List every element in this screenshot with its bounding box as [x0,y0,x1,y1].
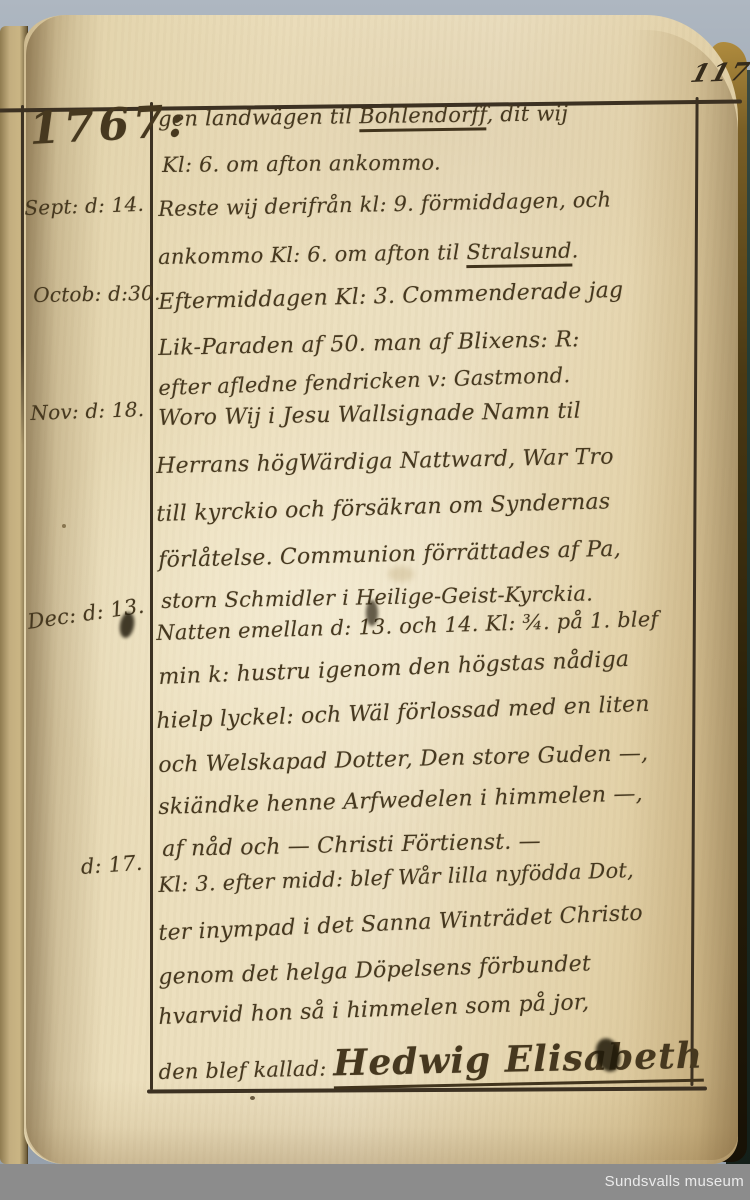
frame-left-rule [21,105,24,445]
frame-column-divider [150,102,153,1090]
museum-footer-bar: Sundsvalls museum [0,1164,750,1200]
stain-spot [62,524,66,528]
ink-blot [366,600,378,626]
gutter-shadow [26,15,102,1164]
museum-watermark: Sundsvalls museum [605,1173,744,1190]
entry-line: Kl: 6. om afton ankommo. [162,151,441,177]
page-number: 117 [688,59,750,86]
underlined-place-bohlendorff: Bohlendorff [359,102,487,132]
date-label-sept-14: Sept: d: 14. [24,192,144,220]
date-label-nov-18: Nov: d: 18. [30,397,145,425]
stain-spot [250,1096,255,1100]
page-bottom-shadow [24,1080,738,1164]
scanned-diary-page: 117 1767: Sept: d: 14. Octob: d:30. Nov:… [0,0,750,1200]
stain-spot [388,566,414,582]
underlined-place-stralsund: Stralsund [466,239,572,269]
page-curve-shadow [628,30,738,1160]
baptism-name: Hedwig Elisabeth [333,1035,704,1090]
date-label-octob-30: Octob: d:30. [33,281,161,307]
date-label-d-17: d: 17. [80,851,143,879]
